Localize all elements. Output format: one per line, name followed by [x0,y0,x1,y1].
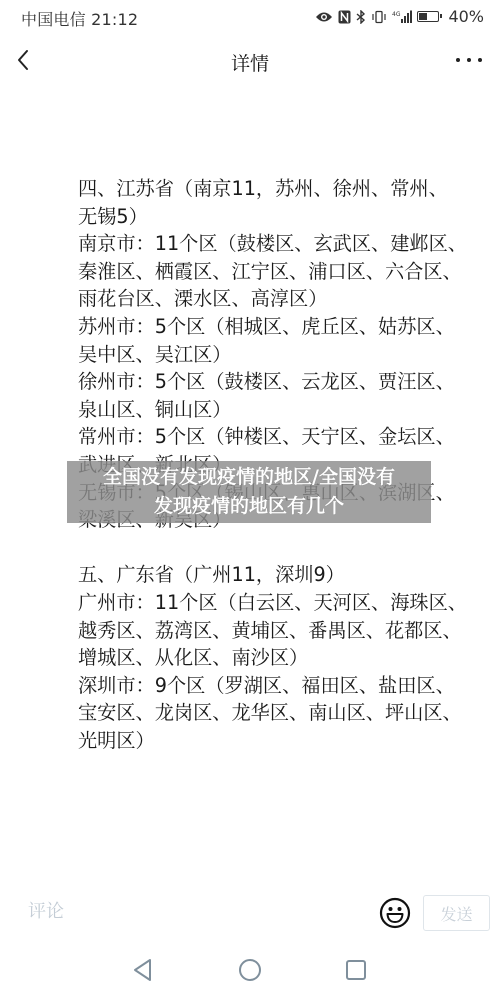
article-line: 徐州市：5个区（鼓楼区、云龙区、贾汪区、 [78,368,478,396]
article-line: 南京市：11个区（鼓楼区、玄武区、建邺区、 [78,230,478,258]
square-recents-icon [344,958,368,982]
signal-4g-icon: 4G [392,10,412,24]
battery-percent: 40% [448,7,484,26]
status-bar: 中国电信 21:12 4G 40% [0,0,500,36]
bluetooth-icon [356,10,366,24]
system-recents-button[interactable] [344,958,368,982]
banner-line-1: 全国没有发现疫情的地区/全国没有 [67,463,431,492]
article-line: 五、广东省（广州11，深圳9） [78,561,478,589]
comment-bar: 发送 [0,888,500,940]
nfc-icon [338,10,351,24]
status-left: 中国电信 21:12 [21,7,138,30]
eye-icon [315,11,333,23]
battery-icon [417,11,439,22]
paragraph-gap [78,534,478,562]
comment-input[interactable] [28,901,328,922]
more-dot [467,58,471,62]
banner-line-2: 发现疫情的地区有几个 [67,492,431,521]
svg-text:4G: 4G [392,11,401,18]
article-line: 深圳市：9个区（罗湖区、福田区、盐田区、 [78,672,478,700]
page-title: 详情 [0,49,500,76]
triangle-back-icon [131,958,155,982]
article-line: 秦淮区、栖霞区、江宁区、浦口区、六合区、 [78,258,478,286]
vibrate-icon [371,10,387,24]
more-dot [478,58,482,62]
top-nav-bar: 详情 [0,38,500,84]
emoji-button[interactable] [379,897,411,929]
article-line: 四、江苏省（南京11，苏州、徐州、常州、 [78,175,478,203]
status-icons: 4G 40% [315,7,484,26]
article-line: 无锡5） [78,203,478,231]
article-line: 吴中区、吴江区） [78,341,478,369]
article-line: 常州市：5个区（钟楼区、天宁区、金坛区、 [78,423,478,451]
article-line: 增城区、从化区、南沙区） [78,644,478,672]
overlay-title-banner: 全国没有发现疫情的地区/全国没有 发现疫情的地区有几个 [67,461,431,523]
article-line: 苏州市：5个区（相城区、虎丘区、姑苏区、 [78,313,478,341]
article-line: 雨花台区、溧水区、高淳区） [78,285,478,313]
article-line: 光明区） [78,727,478,755]
system-back-button[interactable] [131,958,155,982]
clock-time: 21:12 [91,10,138,29]
system-home-button[interactable] [238,958,262,982]
article-line: 越秀区、荔湾区、黄埔区、番禺区、花都区、 [78,617,478,645]
more-dots-icon [456,58,460,62]
article-line: 宝安区、龙岗区、龙华区、南山区、坪山区、 [78,699,478,727]
article-line: 广州市：11个区（白云区、天河区、海珠区、 [78,589,478,617]
send-button[interactable]: 发送 [423,895,490,931]
smiley-icon [379,897,411,929]
more-options-button[interactable] [456,50,482,70]
carrier-name: 中国电信 [21,10,86,29]
article-line: 泉山区、铜山区） [78,396,478,424]
circle-home-icon [238,958,262,982]
system-nav-bar [0,950,500,986]
